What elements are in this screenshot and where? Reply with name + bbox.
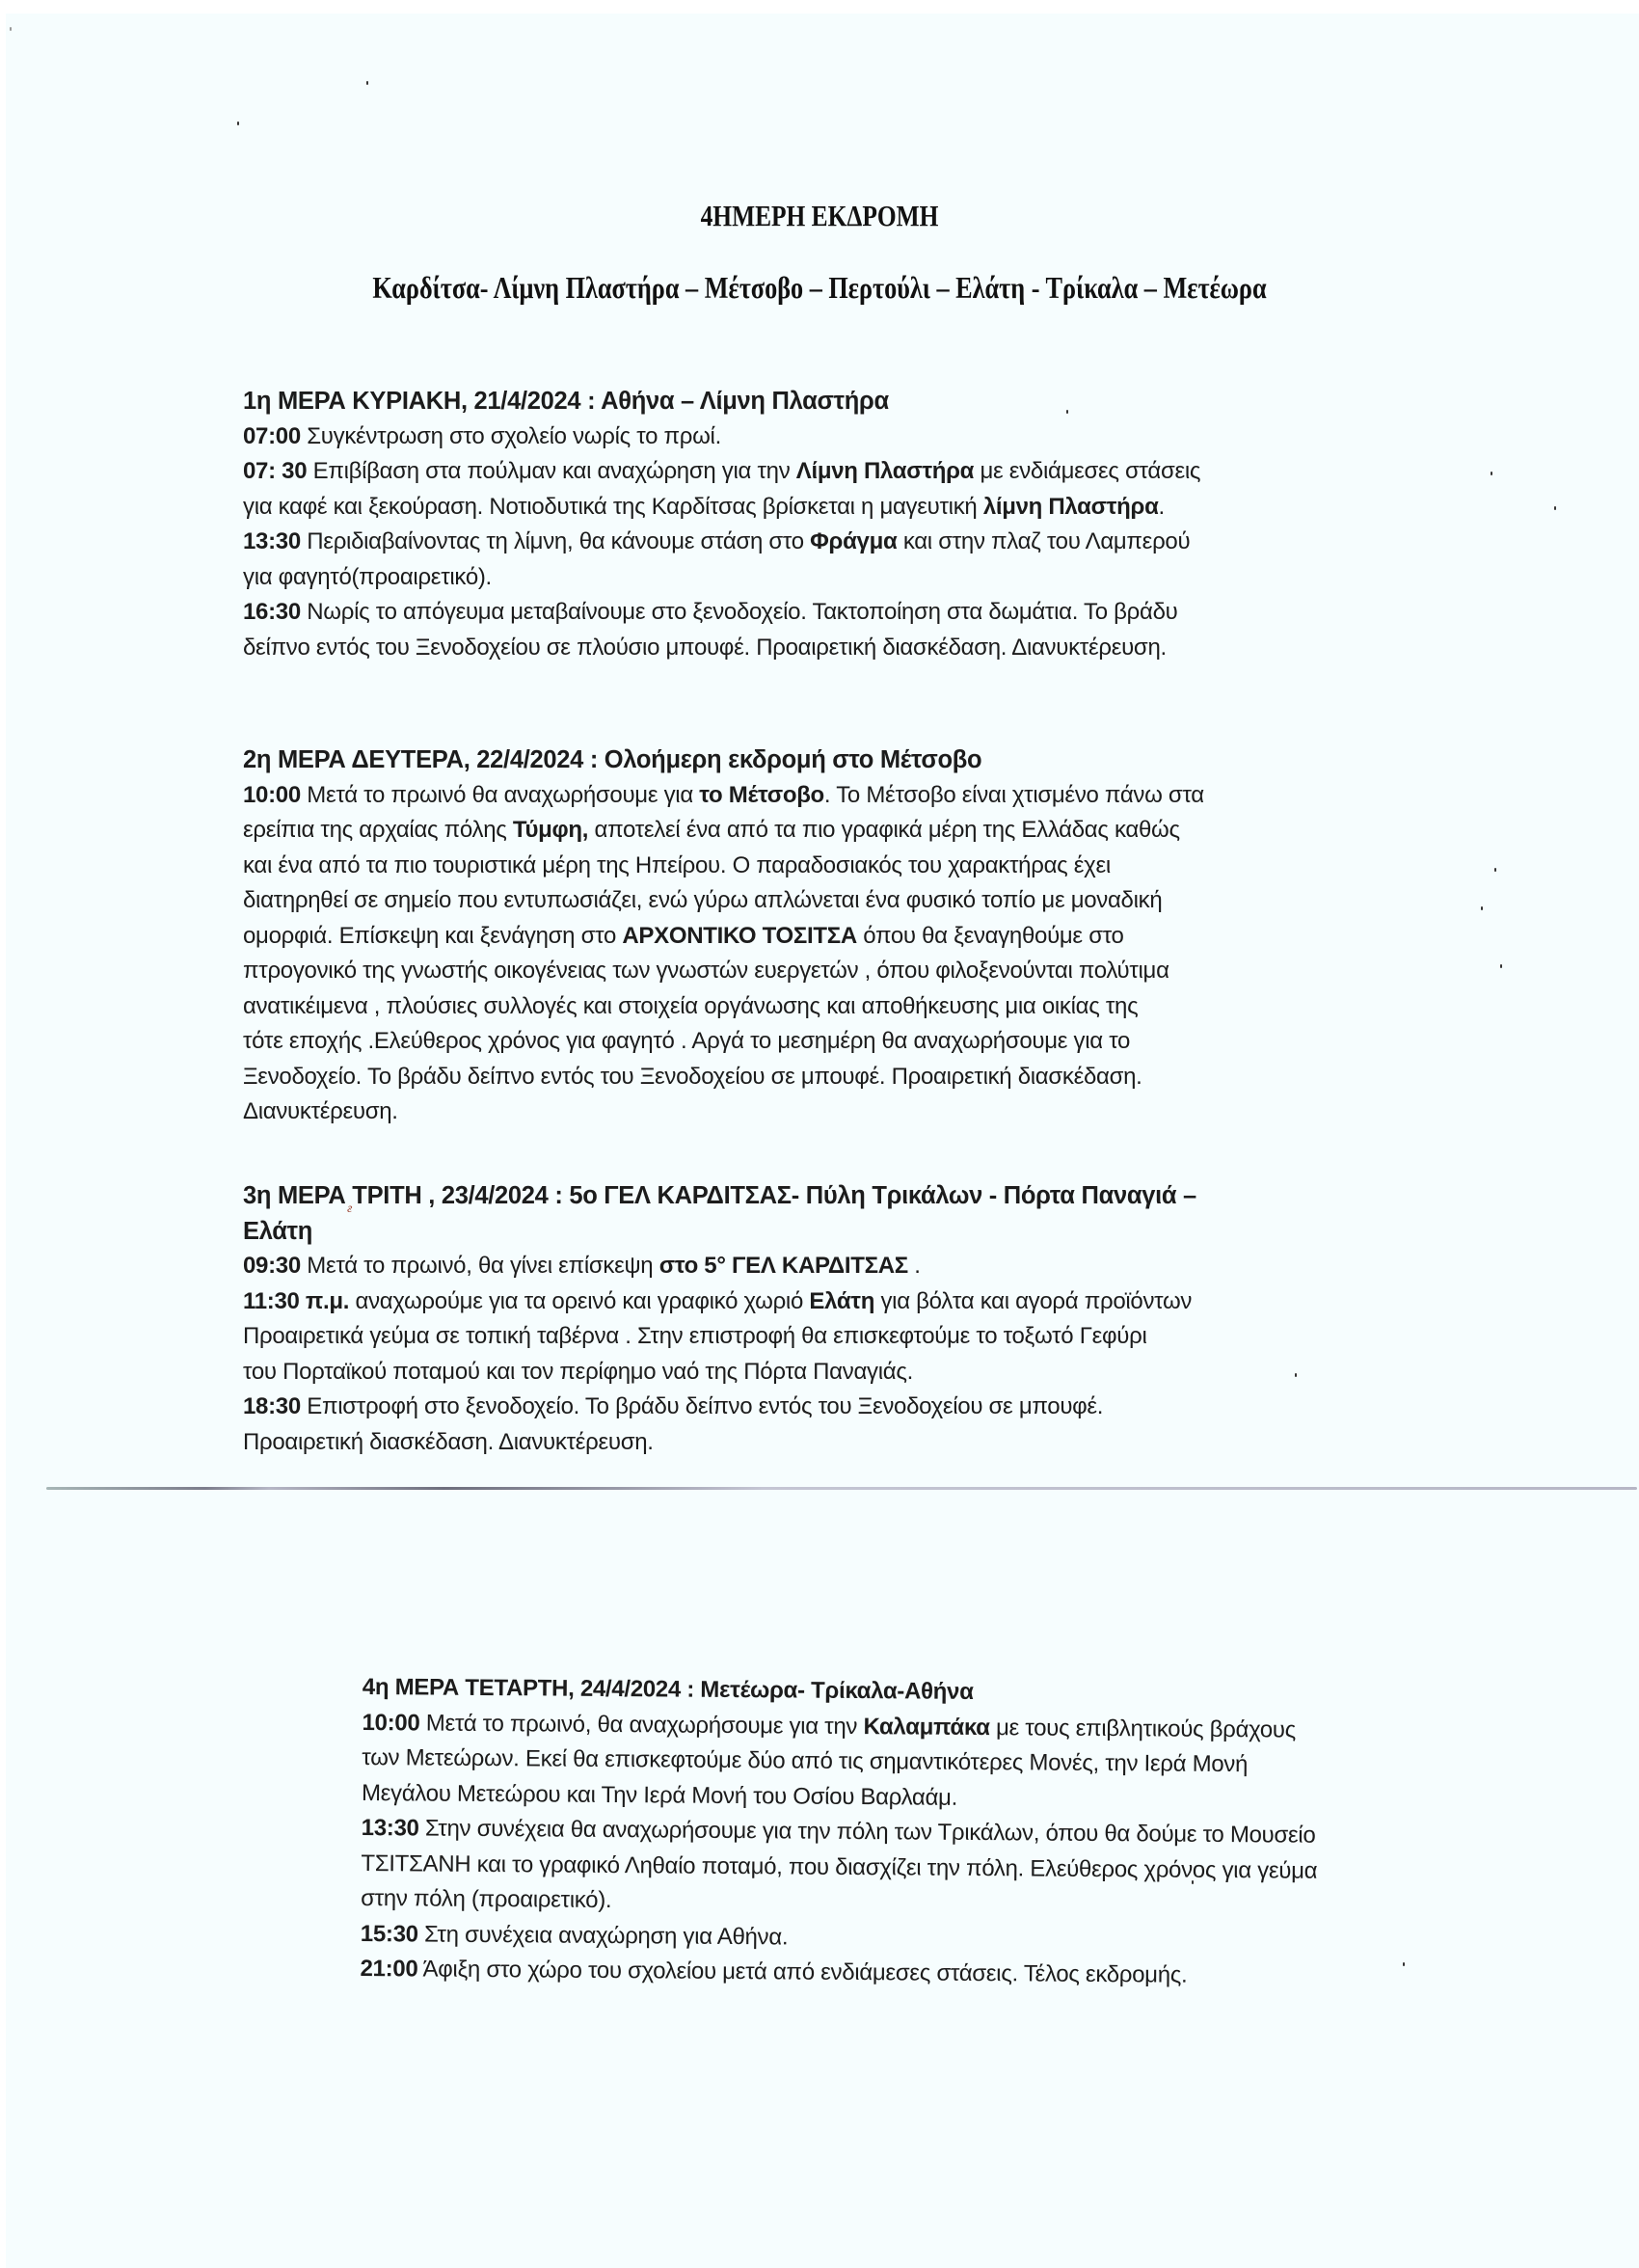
day-heading: 3η ΜΕΡΑ ΤΡΙΤΗ , 23/4/2024 : 5ο ΓΕΛ ΚΑΡΔΙ…: [243, 1178, 1433, 1214]
time-label: 18:30: [243, 1393, 301, 1419]
itinerary-line: για καφέ και ξεκούραση. Νοτιοδυτικά της …: [243, 490, 1433, 526]
time-label: 16:30: [243, 599, 301, 625]
line-text: ανατικέιμενα , πλούσιες συλλογές και στο…: [243, 993, 1138, 1019]
scan-speck: [366, 81, 368, 85]
itinerary-line: του Πορταϊκού ποταμού και τον περίφημο ν…: [243, 1355, 1433, 1390]
time-label: 07:00: [243, 423, 301, 449]
highlight-text: λίμνη Πλαστήρα: [983, 494, 1159, 520]
line-text-after: με ενδιάμεσες στάσεις: [974, 458, 1200, 484]
line-text: αναχωρούμε για τα ορεινό και γραφικό χωρ…: [349, 1288, 809, 1314]
itinerary-line: 13:30 Περιδιαβαίνοντας τη λίμνη, θα κάνο…: [243, 525, 1433, 560]
scan-speck: [1554, 506, 1556, 510]
line-text: δείπνο εντός του Ξενοδοχείου σε πλούσιο …: [243, 634, 1167, 661]
line-text: για φαγητό(προαιρετικό).: [243, 564, 492, 590]
line-text: πτρογονικό της γνωστής οικογένειας των γ…: [243, 958, 1169, 984]
itinerary-line: Διανυκτέρευση.: [243, 1094, 1433, 1130]
time-label: 21:00: [360, 1956, 417, 1982]
highlight-text: στο 5° ΓΕΛ ΚΑΡΔΙΤΣΑΣ: [659, 1253, 908, 1279]
line-text-after: με τους επιβλητικούς βράχους: [990, 1714, 1297, 1742]
line-text-after: όπου θα ξεναγηθούμε στο: [857, 923, 1124, 949]
day-heading: 2η ΜΕΡΑ ΔΕΥΤΕΡΑ, 22/4/2024 : Ολοήμερη εκ…: [243, 742, 1433, 778]
line-text: Ξενοδοχείο. Το βράδυ δείπνο εντός του Ξε…: [243, 1064, 1142, 1090]
scan-speck: [1403, 1962, 1405, 1966]
line-text: Προαιρετικά γεύμα σε τοπική ταβέρνα . Στ…: [243, 1323, 1146, 1349]
scan-speck: [1481, 906, 1483, 910]
itinerary-line: 07: 30 Επιβίβαση στα πούλμαν και αναχώρη…: [243, 454, 1433, 490]
itinerary-line: και ένα από τα πιο τουριστικά μέρη της Η…: [243, 849, 1433, 884]
itinerary-line: για φαγητό(προαιρετικό).: [243, 560, 1433, 596]
line-text: Άφιξη στο χώρο του σχολείου μετά από ενδ…: [417, 1956, 1187, 1987]
time-label: 15:30: [361, 1920, 418, 1946]
line-text: Μετά το πρωινό θα αναχωρήσουμε για: [301, 782, 699, 808]
time-label: 13:30: [243, 528, 301, 554]
line-text: ΤΣΙΤΣΑΝΗ και το γραφικό Ληθαίο ποταμό, π…: [361, 1849, 1317, 1883]
scan-speck: [1500, 964, 1502, 968]
line-text-after: .: [1159, 494, 1165, 520]
time-label: 11:30 π.μ.: [243, 1288, 349, 1314]
line-text: Διανυκτέρευση.: [243, 1098, 398, 1124]
scan-speck: [1494, 868, 1496, 872]
highlight-text: Τύμφη,: [513, 817, 588, 843]
line-text: και ένα από τα πιο τουριστικά μέρη της Η…: [243, 852, 1111, 878]
page-cut-divider: [46, 1487, 1637, 1490]
time-label: 13:30: [362, 1815, 419, 1841]
scan-speck: [1066, 410, 1068, 414]
highlight-text: ΑΡΧΟΝΤΙΚΟ ΤΟΣΙΤΣΑ: [622, 923, 857, 949]
document-title: 4ΗΜΕΡΗ ΕΚΔΡΟΜΗ: [148, 199, 1491, 233]
scan-speck: [1295, 1373, 1297, 1377]
line-text: του Πορταϊκού ποταμού και τον περίφημο ν…: [243, 1359, 913, 1385]
line-text: τότε εποχής .Ελεύθερος χρόνος για φαγητό…: [243, 1028, 1130, 1054]
line-text: Νωρίς το απόγευμα μεταβαίνουμε στο ξενοδ…: [301, 599, 1178, 625]
itinerary-line: 16:30 Νωρίς το απόγευμα μεταβαίνουμε στο…: [243, 595, 1433, 631]
line-text: Στην συνέχεια θα αναχωρήσουμε για την πό…: [418, 1815, 1315, 1848]
scan-speck: [1192, 1880, 1194, 1884]
itinerary-line: 10:00 Μετά το πρωινό θα αναχωρήσουμε για…: [243, 778, 1433, 814]
itinerary-line: ερείπια της αρχαίας πόλης Τύμφη, αποτελε…: [243, 813, 1433, 849]
itinerary-line: ομορφιά. Επίσκεψη και ξενάγηση στο ΑΡΧΟΝ…: [243, 919, 1433, 955]
line-text: Προαιρετική διασκέδαση. Διανυκτέρευση.: [243, 1429, 654, 1455]
line-text: Μεγάλου Μετεώρου και Την Ιερά Μονή του Ο…: [362, 1779, 957, 1810]
line-text: Επιστροφή στο ξενοδοχείο. Το βράδυ δείπν…: [301, 1393, 1103, 1419]
itinerary-line: 18:30 Επιστροφή στο ξενοδοχείο. Το βράδυ…: [243, 1390, 1433, 1425]
line-text: ομορφιά. Επίσκεψη και ξενάγηση στο: [243, 923, 622, 949]
itinerary-line: Προαιρετικά γεύμα σε τοπική ταβέρνα . Στ…: [243, 1319, 1433, 1355]
line-text: των Μετεώρων. Εκεί θα επισκεφτούμε δύο α…: [362, 1744, 1248, 1777]
line-text: Μετά το πρωινό, θα γίνει επίσκεψη: [301, 1253, 659, 1279]
itinerary-line: διατηρηθεί σε σημείο που εντυπωσιάζει, ε…: [243, 883, 1433, 919]
highlight-text: το Μέτσοβο: [699, 782, 824, 808]
itinerary-line: 07:00 Συγκέντρωση στο σχολείο νωρίς το π…: [243, 419, 1433, 455]
line-text: Επιβίβαση στα πούλμαν και αναχώρηση για …: [307, 458, 796, 484]
highlight-text: Λίμνη Πλαστήρα: [796, 458, 974, 484]
scan-speck: [10, 27, 12, 31]
pen-mark: ғ: [347, 1201, 352, 1217]
itinerary-line: 09:30 Μετά το πρωινό, θα γίνει επίσκεψη …: [243, 1249, 1433, 1284]
line-text: Συγκέντρωση στο σχολείο νωρίς το πρωί.: [301, 423, 721, 449]
line-text: διατηρηθεί σε σημείο που εντυπωσιάζει, ε…: [243, 887, 1162, 913]
line-text-after: και στην πλαζ του Λαμπερού: [897, 528, 1190, 554]
itinerary-line: Προαιρετική διασκέδαση. Διανυκτέρευση.: [243, 1425, 1433, 1461]
time-label: 09:30: [243, 1253, 301, 1279]
day-3-section: 3η ΜΕΡΑ ΤΡΙΤΗ , 23/4/2024 : 5ο ΓΕΛ ΚΑΡΔΙ…: [243, 1178, 1433, 1460]
line-text: Στη συνέχεια αναχώρηση για Αθήνα.: [418, 1921, 789, 1950]
day-heading: 1η ΜΕΡΑ ΚΥΡΙΑΚΗ, 21/4/2024 : Αθήνα – Λίμ…: [243, 384, 1433, 419]
itinerary-line: πτρογονικό της γνωστής οικογένειας των γ…: [243, 954, 1433, 989]
highlight-text: Καλαμπάκα: [863, 1714, 989, 1741]
scan-speck: [1491, 472, 1492, 475]
time-label: 10:00: [243, 782, 301, 808]
highlight-text: Ελάτη: [809, 1288, 874, 1314]
highlight-text: Φράγμα: [810, 528, 897, 554]
day-heading-continued: Ελάτη: [243, 1214, 1433, 1250]
line-text-after: . Το Μέτσοβο είναι χτισμένο πάνω στα: [824, 782, 1204, 808]
line-text-after: .: [908, 1253, 921, 1279]
itinerary-line: δείπνο εντός του Ξενοδοχείου σε πλούσιο …: [243, 631, 1433, 666]
line-text: για καφέ και ξεκούραση. Νοτιοδυτικά της …: [243, 494, 983, 520]
itinerary-line: τότε εποχής .Ελεύθερος χρόνος για φαγητό…: [243, 1024, 1433, 1060]
itinerary-line: ανατικέιμενα , πλούσιες συλλογές και στο…: [243, 989, 1433, 1025]
time-label: 10:00: [362, 1709, 419, 1735]
scan-speck: [237, 121, 239, 125]
route-subtitle: Καρδίτσα- Λίμνη Πλαστήρα – Μέτσοβο – Περ…: [148, 270, 1491, 306]
line-text: στην πόλη (προαιρετικό).: [361, 1885, 611, 1913]
day-4-section: 4η ΜΕΡΑ ΤΕΤΑΡΤΗ, 24/4/2024 : Μετέωρα- Τρ…: [360, 1670, 1500, 1996]
itinerary-line: 11:30 π.μ. αναχωρούμε για τα ορεινό και …: [243, 1284, 1433, 1320]
itinerary-line: Ξενοδοχείο. Το βράδυ δείπνο εντός του Ξε…: [243, 1060, 1433, 1095]
day-2-section: 2η ΜΕΡΑ ΔΕΥΤΕΡΑ, 22/4/2024 : Ολοήμερη εκ…: [243, 742, 1433, 1130]
line-text-after: αποτελεί ένα από τα πιο γραφικά μέρη της…: [588, 817, 1180, 843]
time-label: 07: 30: [243, 458, 307, 484]
line-text: Μετά το πρωινό, θα αναχωρήσουμε για την: [419, 1710, 863, 1740]
day-1-section: 1η ΜΕΡΑ ΚΥΡΙΑΚΗ, 21/4/2024 : Αθήνα – Λίμ…: [243, 384, 1433, 665]
line-text-after: για βόλτα και αγορά προϊόντων: [874, 1288, 1192, 1314]
line-text: Περιδιαβαίνοντας τη λίμνη, θα κάνουμε στ…: [301, 528, 810, 554]
line-text: ερείπια της αρχαίας πόλης: [243, 817, 513, 843]
